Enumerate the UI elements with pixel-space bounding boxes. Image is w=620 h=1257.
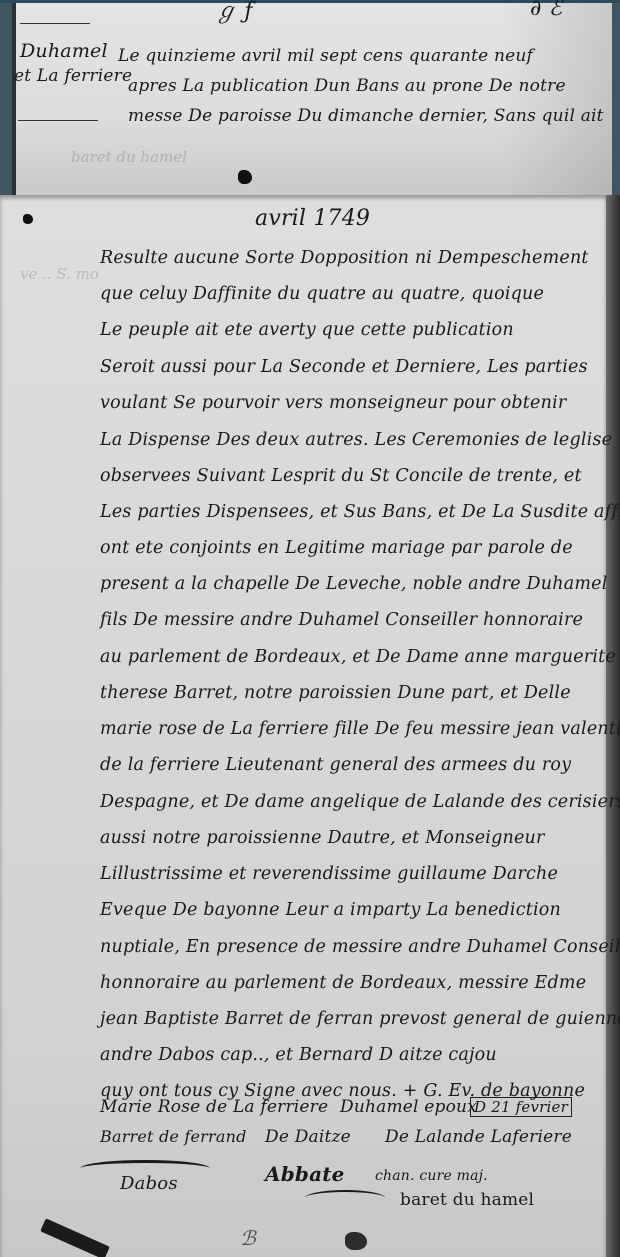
entry-line-1: Resulte aucune Sorte Dopposition ni Demp… (100, 248, 589, 268)
upper-line-3: messe De paroisse Du dimanche dernier, S… (128, 106, 604, 126)
margin-rule-top (20, 23, 90, 24)
page-date-heading: avril 1749 (255, 206, 370, 231)
signature-baret-duhamel: baret du hamel (400, 1190, 534, 1210)
entry-line-17: aussi notre paroissienne Dautre, et Mons… (100, 828, 545, 848)
entry-line-21: honnoraire au parlement de Bordeaux, mes… (100, 973, 586, 993)
signature-lalande-laferriere: De Lalande Laferiere (385, 1127, 572, 1147)
signature-daitze: De Daitze (265, 1127, 351, 1147)
signature-bride: Marie Rose de La ferriere (100, 1097, 328, 1117)
signature-dabos: Dabos (120, 1173, 178, 1194)
margin-rule-bottom (18, 120, 98, 121)
ink-blot-corner (23, 214, 33, 224)
signature-barret-de-ferrand: Barret de ferrand (100, 1127, 247, 1146)
cure-title: chan. cure maj. (375, 1168, 488, 1184)
entry-line-12: au parlement de Bordeaux, et De Dame ann… (100, 647, 616, 667)
entry-line-14: marie rose de La ferriere fille De feu m… (100, 719, 620, 739)
bottom-scribble: ℬ (240, 1226, 256, 1250)
entry-line-23: andre Dabos cap.., et Bernard D aitze ca… (100, 1045, 497, 1065)
entry-line-8: Les parties Dispensees, et Sus Bans, et … (100, 502, 620, 522)
bleed-through-text: baret du hamel (71, 148, 187, 166)
entry-line-9: ont ete conjoints en Legitime mariage pa… (100, 538, 573, 558)
entry-line-13: therese Barret, notre paroissien Dune pa… (100, 683, 571, 703)
entry-line-20: nuptiale, En presence de messire andre D… (100, 937, 620, 957)
signature-groom: Duhamel epoux (340, 1097, 477, 1117)
upper-line-1: Le quinzieme avril mil sept cens quarant… (118, 46, 533, 66)
ink-blot-upper (238, 170, 252, 184)
entry-line-18: Lillustrissime et reverendissime guillau… (100, 864, 558, 884)
entry-line-19: Eveque De bayonne Leur a imparty La bene… (100, 900, 561, 920)
upper-page-fragment: baret du hamel (12, 3, 612, 195)
entry-line-11: fils De messire andre Duhamel Conseiller… (100, 610, 583, 630)
entry-line-16: Despagne, et De dame angelique de Laland… (100, 792, 620, 812)
top-flourish-left: ℊ ƒ (215, 0, 253, 25)
entry-line-7: observees Suivant Lesprit du St Concile … (100, 466, 582, 486)
margin-name-laferriere: et La ferriere (14, 66, 132, 86)
entry-line-2: que celuy Daffinite du quatre au quatre,… (100, 284, 544, 304)
upper-line-2: apres La publication Dun Bans au prone D… (128, 76, 566, 96)
bracket-note: D 21 fevrier (470, 1097, 572, 1117)
entry-line-5: voulant Se pourvoir vers monseigneur pou… (100, 393, 566, 413)
cure-flourish (305, 1190, 385, 1206)
margin-name-duhamel: Duhamel (20, 40, 108, 62)
top-flourish-right: ∂ ℰ (530, 0, 562, 21)
ink-blot-bottom (345, 1232, 367, 1250)
entry-line-22: jean Baptiste Barret de ferran prevost g… (100, 1009, 620, 1029)
entry-line-4: Seroit aussi pour La Seconde et Derniere… (100, 357, 588, 377)
entry-line-3: Le peuple ait ete averty que cette publi… (100, 320, 514, 340)
signature-cure: Abbate (265, 1162, 345, 1186)
entry-line-10: present a la chapelle De Leveche, noble … (100, 574, 608, 594)
entry-line-15: de la ferriere Lieutenant general des ar… (100, 755, 571, 775)
entry-line-6: La Dispense Des deux autres. Les Ceremon… (100, 430, 612, 450)
bleed-through-column: ve .. S. mo (20, 265, 99, 283)
